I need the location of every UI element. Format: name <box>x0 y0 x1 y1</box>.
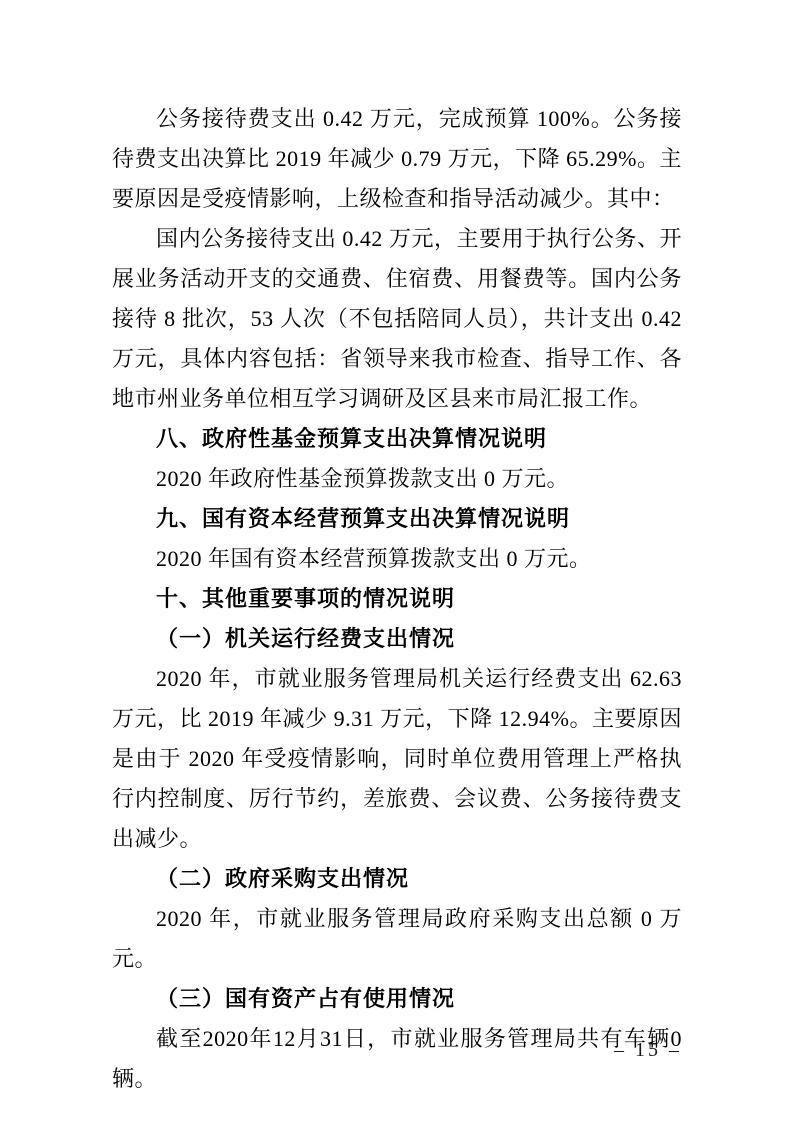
section-heading-10-other-matters: 十、其他重要事项的情况说明 <box>112 579 682 619</box>
document-page: 公务接待费支出 0.42 万元，完成预算 100%。公务接待费支出决算比 201… <box>0 0 793 1122</box>
paragraph-domestic-reception: 国内公务接待支出 0.42 万元，主要用于执行公务、开展业务活动开支的交通费、住… <box>112 219 682 419</box>
subsection-heading-3-state-assets: （三）国有资产占有使用情况 <box>112 979 682 1019</box>
paragraph-state-assets: 截至2020年12月31日，市就业服务管理局共有车辆0辆。 <box>112 1019 682 1099</box>
paragraph-state-capital: 2020 年国有资本经营预算拨款支出 0 万元。 <box>112 539 682 579</box>
document-body: 公务接待费支出 0.42 万元，完成预算 100%。公务接待费支出决算比 201… <box>112 99 682 1099</box>
paragraph-operating-funds: 2020 年，市就业服务管理局机关运行经费支出 62.63 万元，比 2019 … <box>112 659 682 859</box>
paragraph-procurement: 2020 年，市就业服务管理局政府采购支出总额 0 万元。 <box>112 899 682 979</box>
section-heading-8-government-funds: 八、政府性基金预算支出决算情况说明 <box>112 419 682 459</box>
subsection-heading-2-procurement: （二）政府采购支出情况 <box>112 859 682 899</box>
paragraph-government-funds: 2020 年政府性基金预算拨款支出 0 万元。 <box>112 459 682 499</box>
section-heading-9-state-capital: 九、国有资本经营预算支出决算情况说明 <box>112 499 682 539</box>
paragraph-reception-expense: 公务接待费支出 0.42 万元，完成预算 100%。公务接待费支出决算比 201… <box>112 99 682 219</box>
page-number: – 15 – <box>614 1038 682 1062</box>
subsection-heading-1-operating-funds: （一）机关运行经费支出情况 <box>112 619 682 659</box>
